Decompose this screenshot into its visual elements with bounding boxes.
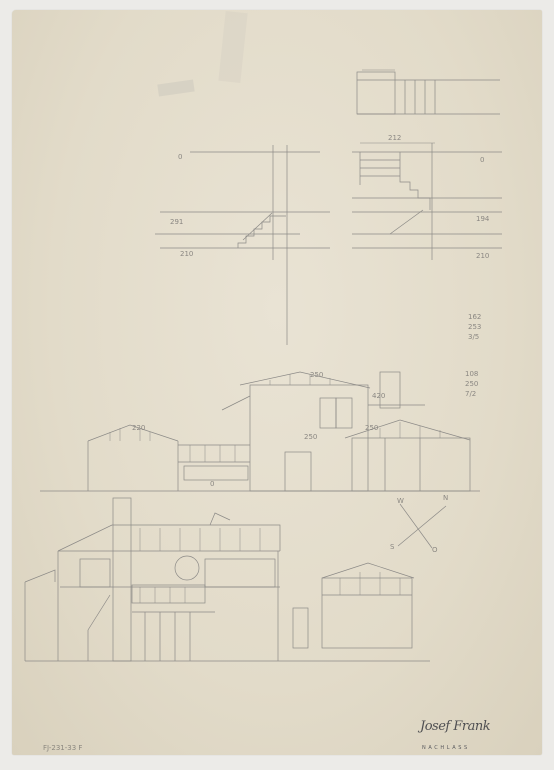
level-mark: 291	[170, 218, 183, 226]
calc-line: 250	[465, 380, 478, 388]
compass-east: O	[432, 546, 438, 554]
roof-mark: 220	[132, 424, 145, 432]
compass-south: S	[390, 543, 394, 551]
level-mark: 0	[178, 153, 182, 161]
stair-detail-top-right	[357, 70, 500, 114]
height-mark: 250	[304, 433, 317, 441]
ground-mark: 0	[210, 480, 214, 488]
calc-line: 253	[468, 323, 481, 331]
inventory-number: FJ-231-33 F	[43, 744, 82, 752]
stair-detail-left	[155, 145, 330, 345]
roof-mark: 250	[310, 371, 323, 379]
level-mark: 0	[480, 156, 484, 164]
calc-line: 7/2	[465, 390, 476, 398]
roof-mark: 420	[372, 392, 385, 400]
compass-north: N	[443, 494, 448, 502]
level-mark: 210	[476, 252, 489, 260]
height-mark: 250	[365, 424, 378, 432]
upper-elevation	[40, 372, 480, 491]
compass-west: W	[397, 497, 404, 505]
dimension-label: 212	[388, 134, 401, 142]
compass-lines	[398, 504, 446, 548]
calc-line: 3/5	[468, 333, 479, 341]
signature: Josef Frank	[420, 719, 490, 734]
lower-elevation	[25, 498, 430, 661]
level-mark: 194	[476, 215, 489, 223]
calc-line: 162	[468, 313, 481, 321]
level-mark: 210	[180, 250, 193, 258]
estate-stamp: NACHLASS	[422, 745, 470, 751]
calc-line: 108	[465, 370, 478, 378]
